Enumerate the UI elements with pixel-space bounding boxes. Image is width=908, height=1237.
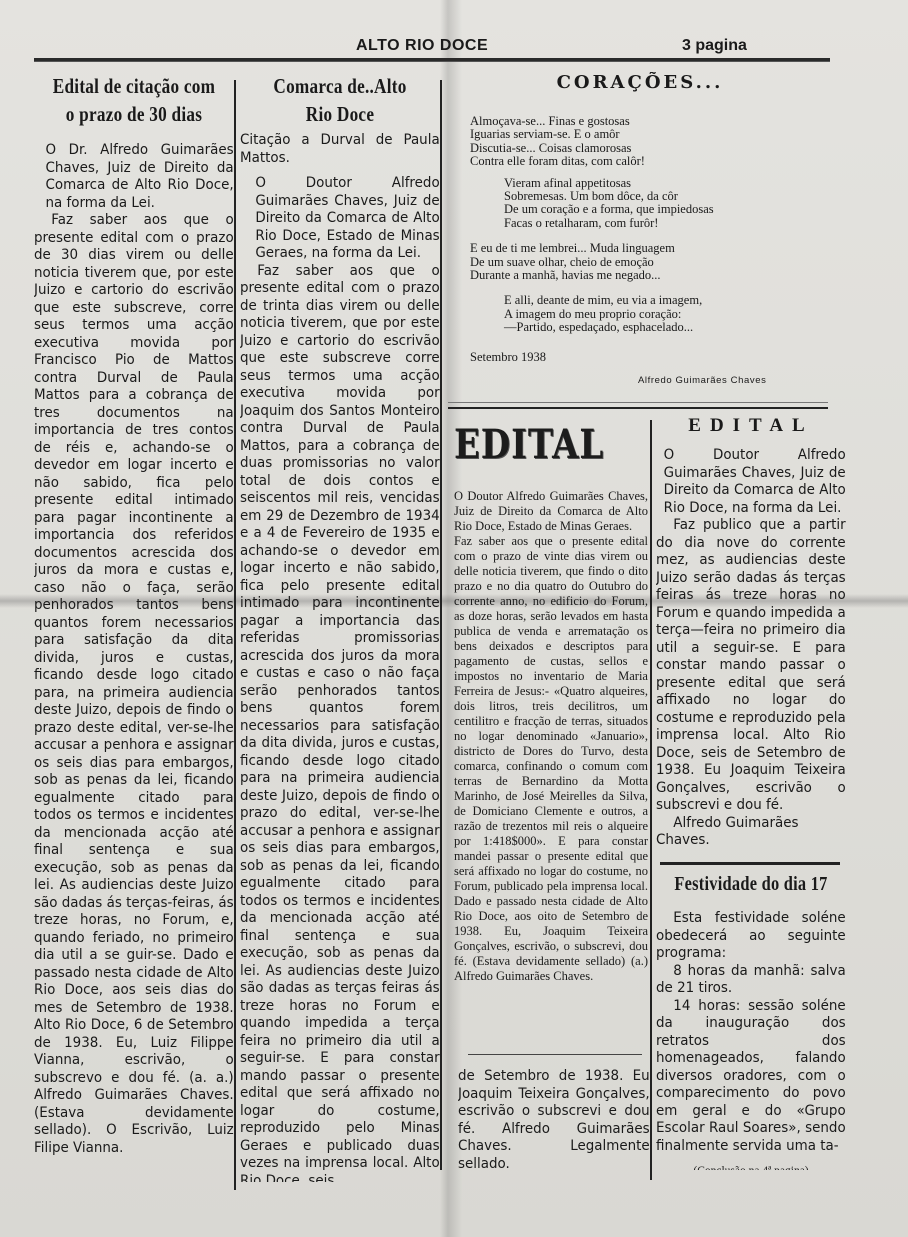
paragraph: Esta festividade soléne obedecerá ao seg… (656, 910, 846, 963)
verse: Iguarias serviam-se. E o amôr (470, 128, 810, 141)
verse: Discutia-se... Coisas clamorosas (470, 142, 810, 155)
masthead: ALTO RIO DOCE 3 pagina (30, 35, 830, 57)
article-body: O Doutor Alfredo Guimarães Chaves, Juiz … (656, 447, 846, 850)
article-body: de Setembro de 1938. Eu Joaquim Teixeira… (458, 1068, 650, 1173)
paragraph: O Dr. Alfredo Guimarães Chaves, Juiz de … (34, 142, 234, 212)
verse: —Partido, espedaçado, esphacelado... (504, 321, 810, 334)
paragraph: Faz saber aos que o presente edital com … (454, 534, 648, 984)
article-edital-continuation: de Setembro de 1938. Eu Joaquim Teixeira… (458, 1068, 650, 1178)
verse: Facas o retalharam, com furôr! (504, 217, 810, 230)
article-edital-30-dias: Edital de citação com o prazo de 30 dias… (34, 72, 234, 1192)
paragraph: 8 horas da manhã: salva de 21 tiros. (656, 963, 846, 998)
verse: De um suave olhar, cheio de emoção (470, 256, 810, 269)
section-rule (660, 862, 840, 865)
newspaper-name: ALTO RIO DOCE (356, 37, 488, 55)
verse: Sobremesas. Um bom dôce, da côr (504, 190, 810, 203)
headline: Comarca de..Alto Rio Doce (258, 72, 422, 128)
verse: De um coração e a forma, que impiedosas (504, 203, 810, 216)
paragraph: O Doutor Alfredo Guimarães Chaves, Juiz … (240, 175, 440, 263)
article-body: Citação a Durval de Paula Mattos. O Dout… (240, 132, 440, 1182)
article-comarca: Comarca de..Alto Rio Doce Citação a Durv… (240, 72, 440, 1182)
column-divider (440, 80, 442, 1170)
subhead: Citação a Durval de Paula Mattos. (240, 132, 440, 167)
column-divider (234, 80, 236, 1190)
paragraph: 14 horas: sessão soléne da inauguração d… (656, 998, 846, 1156)
paragraph: Faz saber aos que o presente edital com … (240, 263, 440, 1183)
article-edital-hasta: EDITAL O Doutor Alfredo Guimarães Chaves… (454, 415, 648, 1045)
headline: Festividade do dia 17 (673, 870, 829, 898)
paragraph: O Doutor Alfredo Guimarães Chaves, Juiz … (454, 489, 648, 534)
paragraph: Alfredo Guimarães Chaves. (656, 815, 846, 850)
poem-title: CORAÇÕES... (470, 72, 810, 93)
headline: EDITAL (656, 415, 846, 437)
newspaper-page: ALTO RIO DOCE 3 pagina Edital de citação… (0, 0, 908, 1237)
paragraph: de Setembro de 1938. Eu Joaquim Teixeira… (458, 1068, 650, 1173)
verse: A imagem do meu proprio coração: (504, 308, 810, 321)
section-rule (448, 407, 828, 409)
stanza: E eu de ti me lembrei... Muda linguagem … (470, 242, 810, 282)
verse: E eu de ti me lembrei... Muda linguagem (470, 242, 810, 255)
article-festividade: Festividade do dia 17 Esta festividade s… (656, 870, 846, 1170)
stanza: Vieram afinal appetitosas Sobremesas. Um… (470, 177, 810, 231)
article-body: O Doutor Alfredo Guimarães Chaves, Juiz … (454, 489, 648, 984)
poem-coracoes: CORAÇÕES... Almoçava-se... Finas e gosto… (470, 72, 810, 402)
verse: Vieram afinal appetitosas (504, 177, 810, 190)
verse: E alli, deante de mim, eu via a imagem, (504, 294, 810, 307)
paragraph: O Doutor Alfredo Guimarães Chaves, Juiz … (656, 447, 846, 517)
section-rule (468, 1054, 642, 1055)
verse: Durante a manhã, havias me negado... (470, 269, 810, 282)
masthead-rule (34, 58, 830, 62)
section-rule (448, 402, 828, 403)
continued-note: (Conclusão na 4ª pagina) (656, 1165, 846, 1170)
paragraph: Faz saber aos que o presente edital com … (34, 212, 234, 1157)
stanza: E alli, deante de mim, eu via a imagem, … (470, 294, 810, 334)
page-number: 3 pagina (682, 37, 747, 55)
signature: Alfredo Guimarães Chaves (470, 374, 810, 387)
headline: EDITAL (454, 415, 619, 475)
stanza: Almoçava-se... Finas e gostosas Iguarias… (470, 115, 810, 169)
poem-body: Almoçava-se... Finas e gostosas Iguarias… (470, 115, 810, 388)
dateline: Setembro 1938 (470, 351, 810, 364)
column-divider (650, 420, 652, 1180)
article-edital-audiencias: EDITAL O Doutor Alfredo Guimarães Chaves… (656, 415, 846, 855)
article-body: Esta festividade soléne obedecerá ao seg… (656, 910, 846, 1155)
headline: Edital de citação com o prazo de 30 dias (52, 72, 216, 128)
verse: Almoçava-se... Finas e gostosas (470, 115, 810, 128)
verse: Contra elle foram ditas, com calôr! (470, 155, 810, 168)
paragraph: Faz publico que a partir do dia nove do … (656, 517, 846, 815)
article-body: O Dr. Alfredo Guimarães Chaves, Juiz de … (34, 142, 234, 1157)
